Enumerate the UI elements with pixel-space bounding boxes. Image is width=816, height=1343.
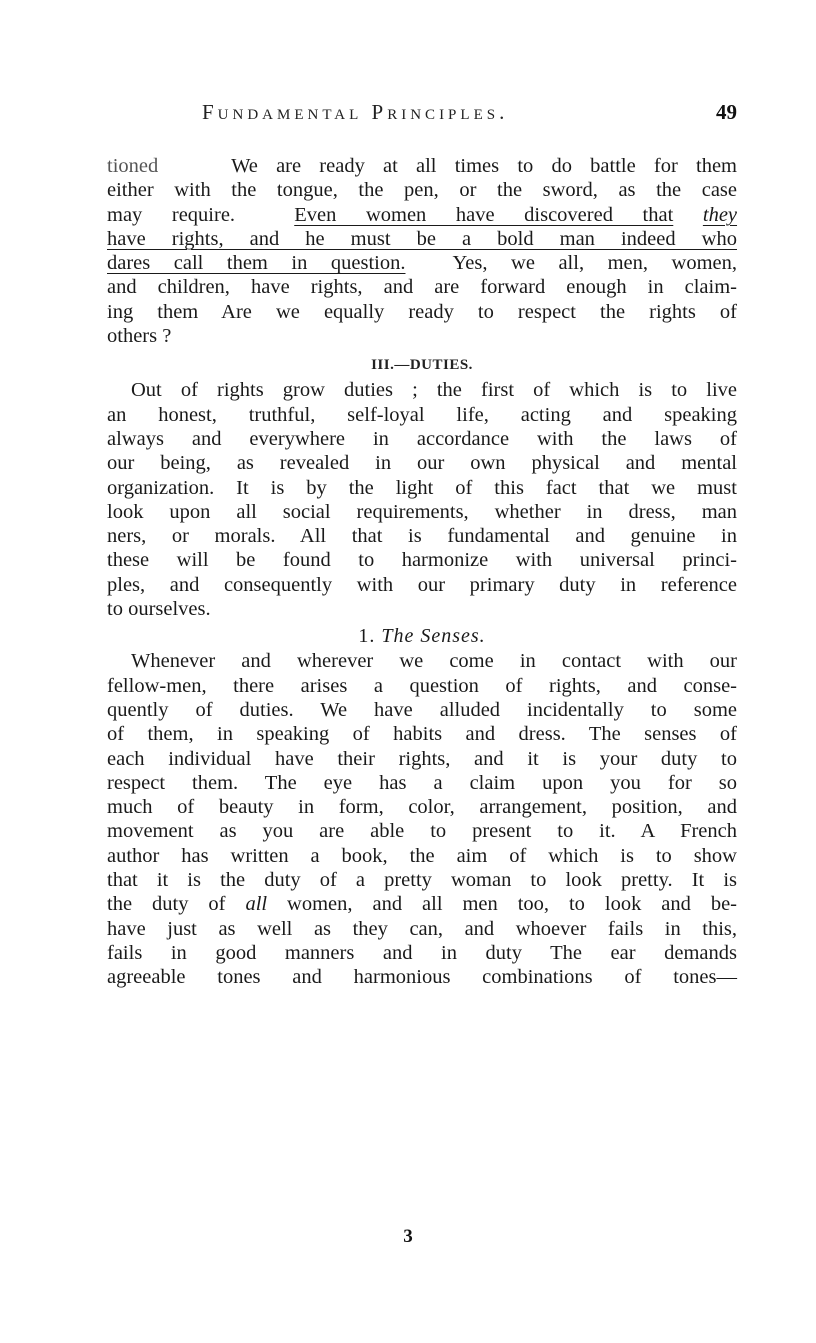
book-page: Fundamental Principles. 49 tioned We are… bbox=[0, 0, 816, 1343]
text-line: ples, and consequently with our primary … bbox=[107, 573, 737, 597]
text-line: always and everywhere in accordance with… bbox=[107, 427, 737, 451]
text-line: either with the tongue, the pen, or the … bbox=[107, 178, 737, 202]
text-line: fellow-men, there arises a question of r… bbox=[107, 674, 737, 698]
text-line: may require. Even women have discovered … bbox=[107, 203, 737, 227]
text-line: ing them Are we equally ready to respect… bbox=[107, 300, 737, 324]
underlined-text: dares call them in question. bbox=[107, 252, 405, 274]
underlined-line: have rights, and he must be a bold man i… bbox=[107, 227, 737, 251]
text-line: to ourselves. bbox=[107, 597, 737, 621]
text-line: of them, in speaking of habits and dress… bbox=[107, 722, 737, 746]
emphasized-word: they bbox=[703, 204, 737, 226]
text-line: fails in good manners and in duty The ea… bbox=[107, 941, 737, 965]
section-heading: III.—DUTIES. bbox=[107, 348, 737, 378]
text-line: that it is the duty of a pretty woman to… bbox=[107, 868, 737, 892]
text-line: the duty of all women, and all men too, … bbox=[107, 892, 737, 916]
page-number: 49 bbox=[716, 100, 737, 125]
running-head: Fundamental Principles. 49 bbox=[107, 100, 737, 130]
text-line: agreeable tones and harmonious combinati… bbox=[107, 965, 737, 989]
text-line: these will be found to harmonize with un… bbox=[107, 548, 737, 572]
subsection-number: 1. bbox=[358, 625, 375, 647]
text-line: movement as you are able to present to i… bbox=[107, 819, 737, 843]
text-line: an honest, truthful, self-loyal life, ac… bbox=[107, 403, 737, 427]
text-line: dares call them in question. Yes, we all… bbox=[107, 251, 737, 275]
text-line: Whenever and wherever we come in contact… bbox=[107, 649, 737, 673]
text-line: Out of rights grow duties ; the first of… bbox=[107, 378, 737, 402]
text-segment: women, and all men too, to look and be- bbox=[287, 893, 737, 915]
text-line: each individual have their rights, and i… bbox=[107, 747, 737, 771]
text-line: have just as well as they can, and whoev… bbox=[107, 917, 737, 941]
text-segment: Yes, we all, men, women, bbox=[453, 252, 737, 274]
text-line: and children, have rights, and are forwa… bbox=[107, 275, 737, 299]
text-line: organization. It is by the light of this… bbox=[107, 476, 737, 500]
text-segment: We are ready at all times to do battle f… bbox=[231, 155, 737, 177]
text-line: ners, or morals. All that is fundamental… bbox=[107, 524, 737, 548]
text-line: our being, as revealed in our own physic… bbox=[107, 451, 737, 475]
text-segment: may require. bbox=[107, 204, 235, 226]
emphasized-word: all bbox=[245, 893, 267, 915]
subsection-heading: 1. The Senses. bbox=[107, 621, 737, 649]
marginal-fragment: tioned bbox=[107, 155, 158, 177]
running-title: Fundamental Principles. bbox=[202, 100, 508, 125]
subsection-title: The Senses. bbox=[381, 625, 485, 647]
text-line: others ? bbox=[107, 324, 737, 348]
text-line: tioned We are ready at all times to do b… bbox=[107, 154, 737, 178]
signature-mark: 3 bbox=[0, 1226, 816, 1248]
text-line: look upon all social requirements, wheth… bbox=[107, 500, 737, 524]
text-line: quently of duties. We have alluded incid… bbox=[107, 698, 737, 722]
underlined-text: Even women have discovered that bbox=[294, 204, 673, 226]
body-text: tioned We are ready at all times to do b… bbox=[107, 154, 737, 990]
text-line: respect them. The eye has a claim upon y… bbox=[107, 771, 737, 795]
text-line: much of beauty in form, color, arrangeme… bbox=[107, 795, 737, 819]
text-line: author has written a book, the aim of wh… bbox=[107, 844, 737, 868]
text-segment: the duty of bbox=[107, 893, 225, 915]
